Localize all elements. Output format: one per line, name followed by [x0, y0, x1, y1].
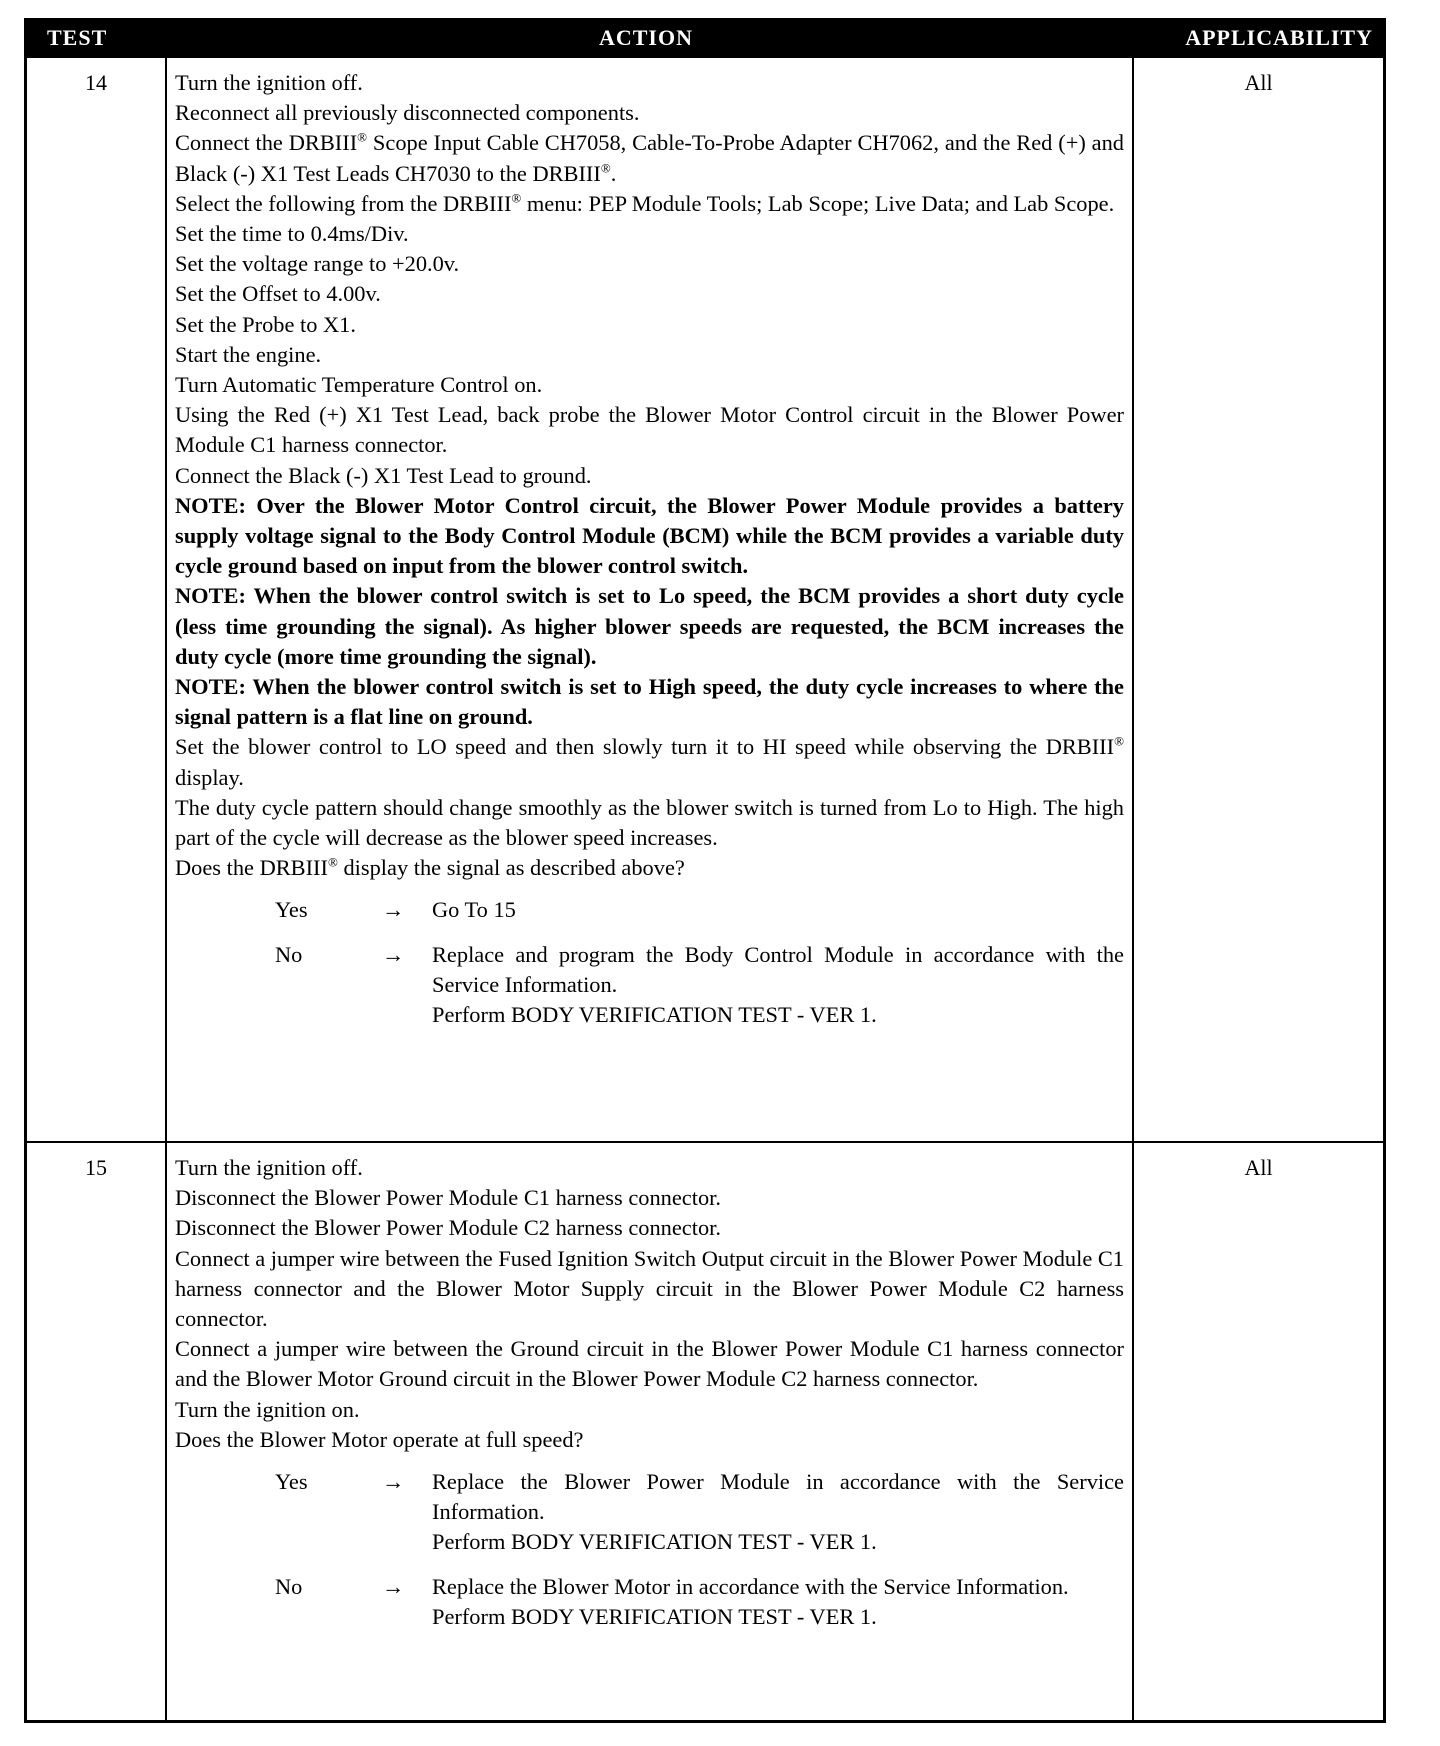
step: Turn the ignition off. — [175, 1153, 1124, 1183]
header-applicability: APPLICABILITY — [1133, 18, 1383, 58]
outcome-yes: Yes → Replace the Blower Power Module in… — [275, 1467, 1124, 1558]
header-action-label: ACTION — [599, 25, 693, 50]
registered-trademark-icon: ® — [1114, 734, 1124, 749]
answer-label: No — [275, 1572, 382, 1632]
question: Does the Blower Motor operate at full sp… — [175, 1425, 1124, 1455]
step: Start the engine. — [175, 340, 1124, 370]
diagnostic-test-table-container: TEST ACTION APPLICABILITY 14 Turn the ig… — [24, 18, 1386, 1723]
step: Set the blower control to LO speed and t… — [175, 732, 1124, 792]
step: Connect a jumper wire between the Fused … — [175, 1244, 1124, 1335]
outcome-result: Go To 15 — [432, 895, 1124, 925]
applicability-value: All — [1133, 58, 1383, 1142]
answer-label: Yes — [275, 895, 382, 925]
outcome-result: Replace the Blower Power Module in accor… — [432, 1467, 1124, 1558]
diagnostic-test-table: TEST ACTION APPLICABILITY 14 Turn the ig… — [27, 18, 1383, 1720]
step: Turn the ignition off. — [175, 68, 1124, 98]
goto-link[interactable]: Go To 15 — [432, 895, 1124, 925]
result-line: Replace the Blower Power Module in accor… — [432, 1467, 1124, 1527]
registered-trademark-icon: ® — [511, 190, 521, 205]
outcome-yes: Yes → Go To 15 — [275, 895, 1124, 925]
step: Disconnect the Blower Power Module C1 ha… — [175, 1183, 1124, 1213]
table-header-row: TEST ACTION APPLICABILITY — [27, 18, 1383, 58]
step: Set the voltage range to +20.0v. — [175, 249, 1124, 279]
action-cell: Turn the ignition off. Reconnect all pre… — [166, 58, 1133, 1142]
step: Select the following from the DRBIII® me… — [175, 189, 1124, 219]
outcome-no: No → Replace the Blower Motor in accorda… — [275, 1572, 1124, 1632]
header-test: TEST — [27, 18, 166, 58]
registered-trademark-icon: ® — [328, 855, 338, 870]
header-action: ACTION — [166, 18, 1133, 58]
outcomes: Yes → Replace the Blower Power Module in… — [175, 1467, 1124, 1632]
arrow-right-icon: → — [382, 1572, 432, 1632]
outcome-result: Replace the Blower Motor in accordance w… — [432, 1572, 1124, 1632]
step: Disconnect the Blower Power Module C2 ha… — [175, 1213, 1124, 1243]
step: Connect a jumper wire between the Ground… — [175, 1334, 1124, 1394]
table-row-test-14: 14 Turn the ignition off. Reconnect all … — [27, 58, 1383, 1142]
outcome-result: Replace and program the Body Control Mod… — [432, 940, 1124, 1031]
step: Set the Probe to X1. — [175, 310, 1124, 340]
test-number: 15 — [27, 1142, 166, 1720]
step: Using the Red (+) X1 Test Lead, back pro… — [175, 400, 1124, 460]
arrow-right-icon: → — [382, 940, 432, 1031]
test-number: 14 — [27, 58, 166, 1142]
result-line: Replace and program the Body Control Mod… — [432, 940, 1124, 1000]
result-line: Perform BODY VERIFICATION TEST - VER 1. — [432, 1000, 1124, 1030]
step: Set the Offset to 4.00v. — [175, 279, 1124, 309]
outcomes: Yes → Go To 15 No → Replace and program … — [175, 895, 1124, 1030]
applicability-value: All — [1133, 1142, 1383, 1720]
answer-label: No — [275, 940, 382, 1031]
note: NOTE: When the blower control switch is … — [175, 581, 1124, 672]
step: Reconnect all previously disconnected co… — [175, 98, 1124, 128]
note: NOTE: When the blower control switch is … — [175, 672, 1124, 732]
registered-trademark-icon: ® — [601, 160, 611, 175]
action-cell: Turn the ignition off. Disconnect the Bl… — [166, 1142, 1133, 1720]
step: Connect the DRBIII® Scope Input Cable CH… — [175, 128, 1124, 188]
result-line: Perform BODY VERIFICATION TEST - VER 1. — [432, 1602, 1124, 1632]
step: The duty cycle pattern should change smo… — [175, 793, 1124, 853]
arrow-right-icon: → — [382, 895, 432, 925]
outcome-no: No → Replace and program the Body Contro… — [275, 940, 1124, 1031]
arrow-right-icon: → — [382, 1467, 432, 1558]
step: Connect the Black (-) X1 Test Lead to gr… — [175, 461, 1124, 491]
step: Turn Automatic Temperature Control on. — [175, 370, 1124, 400]
answer-label: Yes — [275, 1467, 382, 1558]
step: Set the time to 0.4ms/Div. — [175, 219, 1124, 249]
step: Turn the ignition on. — [175, 1395, 1124, 1425]
table-row-test-15: 15 Turn the ignition off. Disconnect the… — [27, 1142, 1383, 1720]
result-line: Replace the Blower Motor in accordance w… — [432, 1572, 1124, 1602]
result-line: Perform BODY VERIFICATION TEST - VER 1. — [432, 1527, 1124, 1557]
note: NOTE: Over the Blower Motor Control circ… — [175, 491, 1124, 582]
registered-trademark-icon: ® — [357, 130, 367, 145]
question: Does the DRBIII® display the signal as d… — [175, 853, 1124, 883]
